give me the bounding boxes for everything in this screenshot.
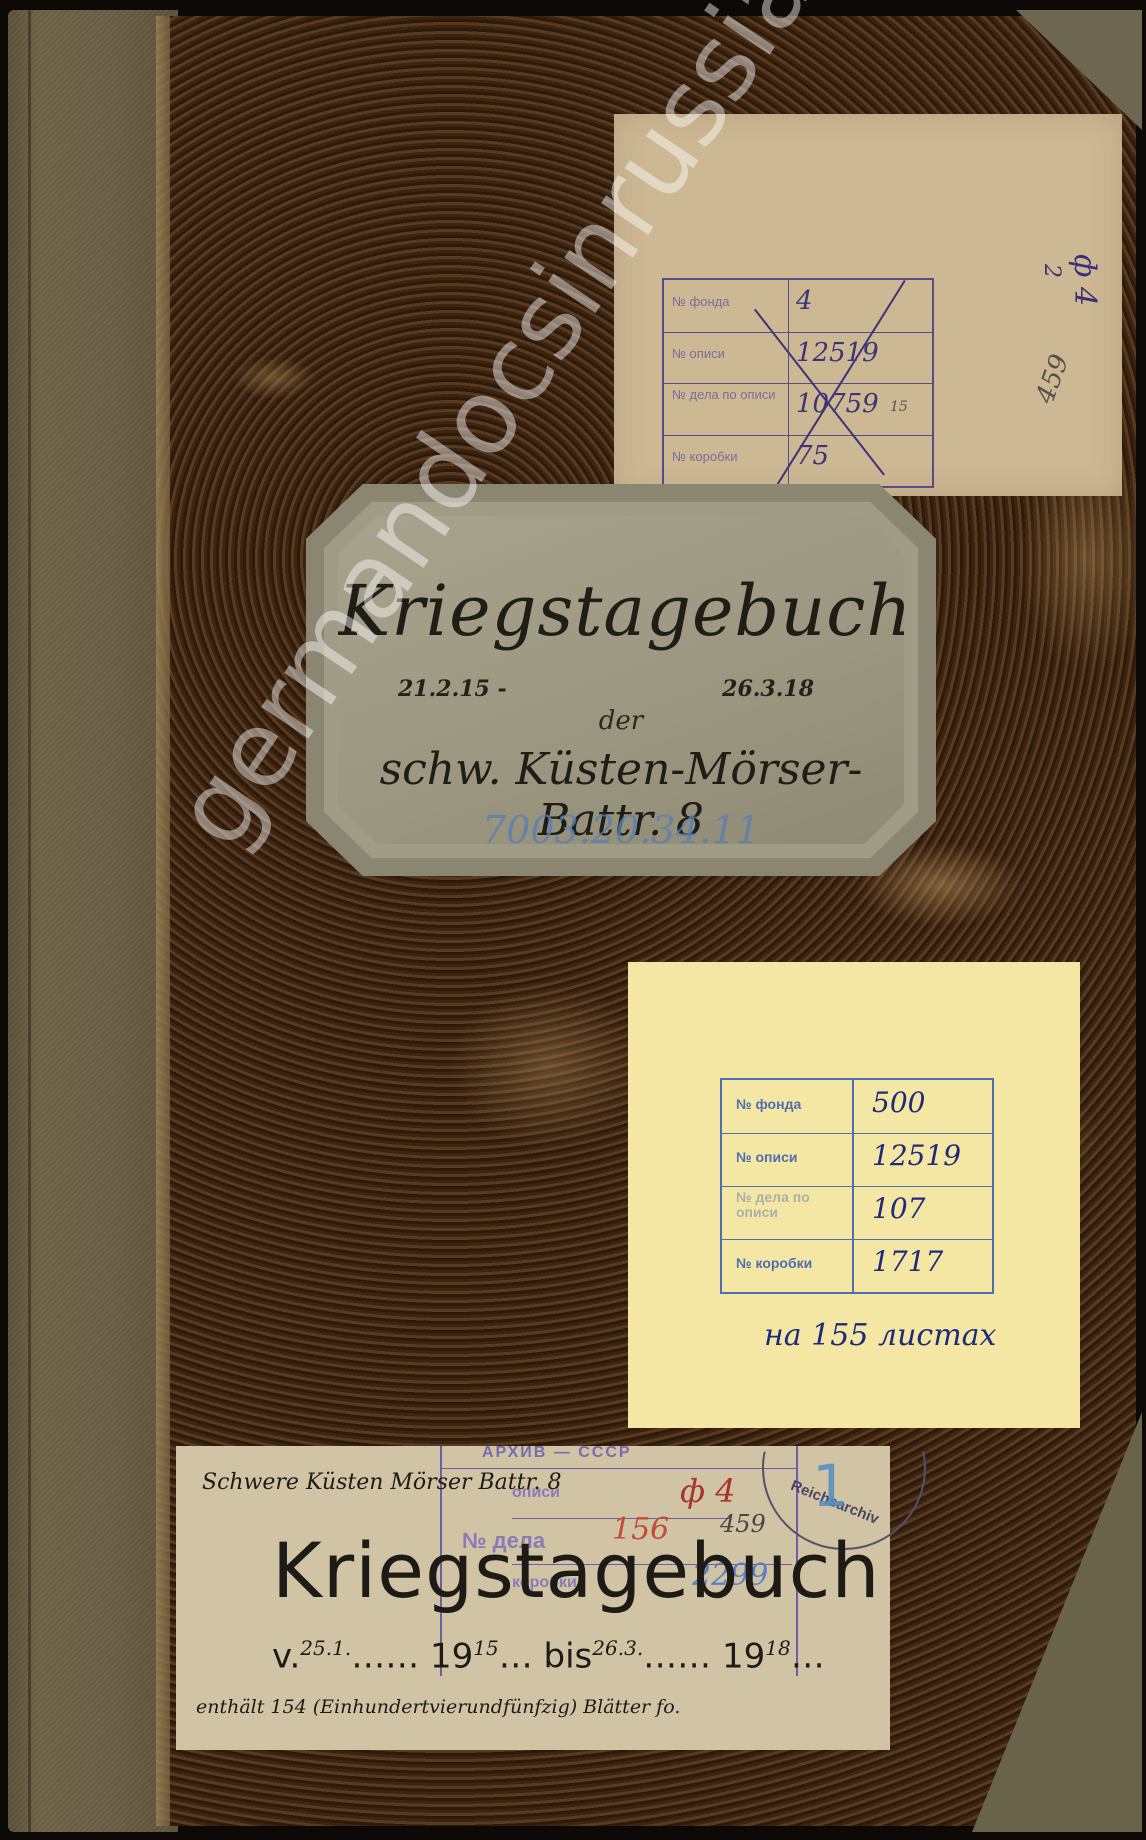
stamp-row-delo: № дела по описи 107 [722, 1186, 992, 1240]
stamp-row-opis: № описи 12519 [664, 332, 932, 385]
stamp-value: 4 [796, 286, 813, 316]
date-century: 19 [430, 1636, 473, 1676]
stamp-value: 1717 [872, 1245, 943, 1278]
yellow-archive-label: № фонда 500 № описи 12519 № дела по опис… [628, 962, 1080, 1428]
stamp-row-box: № коробки 1717 [722, 1239, 992, 1292]
stamp-row-opis: № описи 12519 [722, 1133, 992, 1187]
old-archive-stamp: № фонда 4 № описи 12519 № дела по описи … [662, 278, 934, 488]
side-note-pencil: 459 [1031, 351, 1076, 408]
printed-title-label: АРХИВ — СССР описи № дела коробки Reichs… [176, 1446, 890, 1750]
red-fond-note: ф 4 [680, 1472, 736, 1510]
side-note-fond: ф 4 [1067, 254, 1102, 306]
archive-stamp: № фонда 500 № описи 12519 № дела по опис… [720, 1078, 994, 1294]
date-century: 19 [722, 1636, 765, 1676]
date-prefix: v. [272, 1636, 300, 1676]
cloth-spine [8, 10, 178, 1832]
handwritten-unit: Schwere Küsten Mörser Battr. 8 [202, 1470, 562, 1495]
stamp-value: 500 [872, 1086, 925, 1119]
stamp-label: № коробки [672, 449, 737, 464]
date-connector: bis [544, 1636, 593, 1676]
title-label-blue-number: 7003.20.34.11 [338, 808, 904, 852]
board-edge [156, 16, 170, 1826]
title-label-date-from: 21.2.15 - [398, 676, 507, 702]
sheet-count-note: на 155 листах [764, 1318, 996, 1353]
stamp-label: № коробки [736, 1255, 812, 1271]
stamp-note: 15 [890, 399, 908, 415]
date-from-year: 15 [473, 1636, 498, 1660]
stamp-value: 12519 [872, 1139, 961, 1172]
stamp-header: АРХИВ — СССР [482, 1444, 632, 1462]
stamp-value: 107 [872, 1192, 925, 1225]
side-note-ink: 2 [1039, 264, 1064, 278]
stamp-row-box: № коробки 75 [664, 435, 932, 488]
stamp-line [442, 1468, 796, 1469]
stamp-label: № дела по описи [672, 387, 782, 402]
stamp-row-fond: № фонда 500 [722, 1080, 992, 1134]
stamp-label: № описи [672, 346, 725, 361]
date-to-year: 18 [765, 1636, 790, 1660]
date-to-day: 26.3. [592, 1636, 643, 1660]
stamp-label: № фонда [672, 294, 729, 309]
sheet-count-footer: enthält 154 (Einhundertvierundfünfzig) B… [196, 1696, 680, 1718]
blue-mark: 1 [812, 1452, 849, 1520]
spine-seam [28, 10, 31, 1832]
date-from-day: 25.1. [300, 1636, 351, 1660]
stamp-row-delo: № дела по описи 10759 15 [664, 383, 932, 436]
title-label-connector: der [338, 706, 904, 736]
title-label-date-to: 26.3.18 [722, 676, 814, 702]
printed-title: Kriegstagebuch [272, 1526, 881, 1615]
stamp-row-fond: № фонда 4 [664, 280, 932, 333]
stamp-label: № фонда [736, 1096, 801, 1112]
stamp-label: № дела по описи [736, 1190, 846, 1220]
stamp-label: № описи [736, 1149, 798, 1165]
date-range: v.25.1.…… 1915… bis26.3.…… 1918… [272, 1636, 825, 1676]
